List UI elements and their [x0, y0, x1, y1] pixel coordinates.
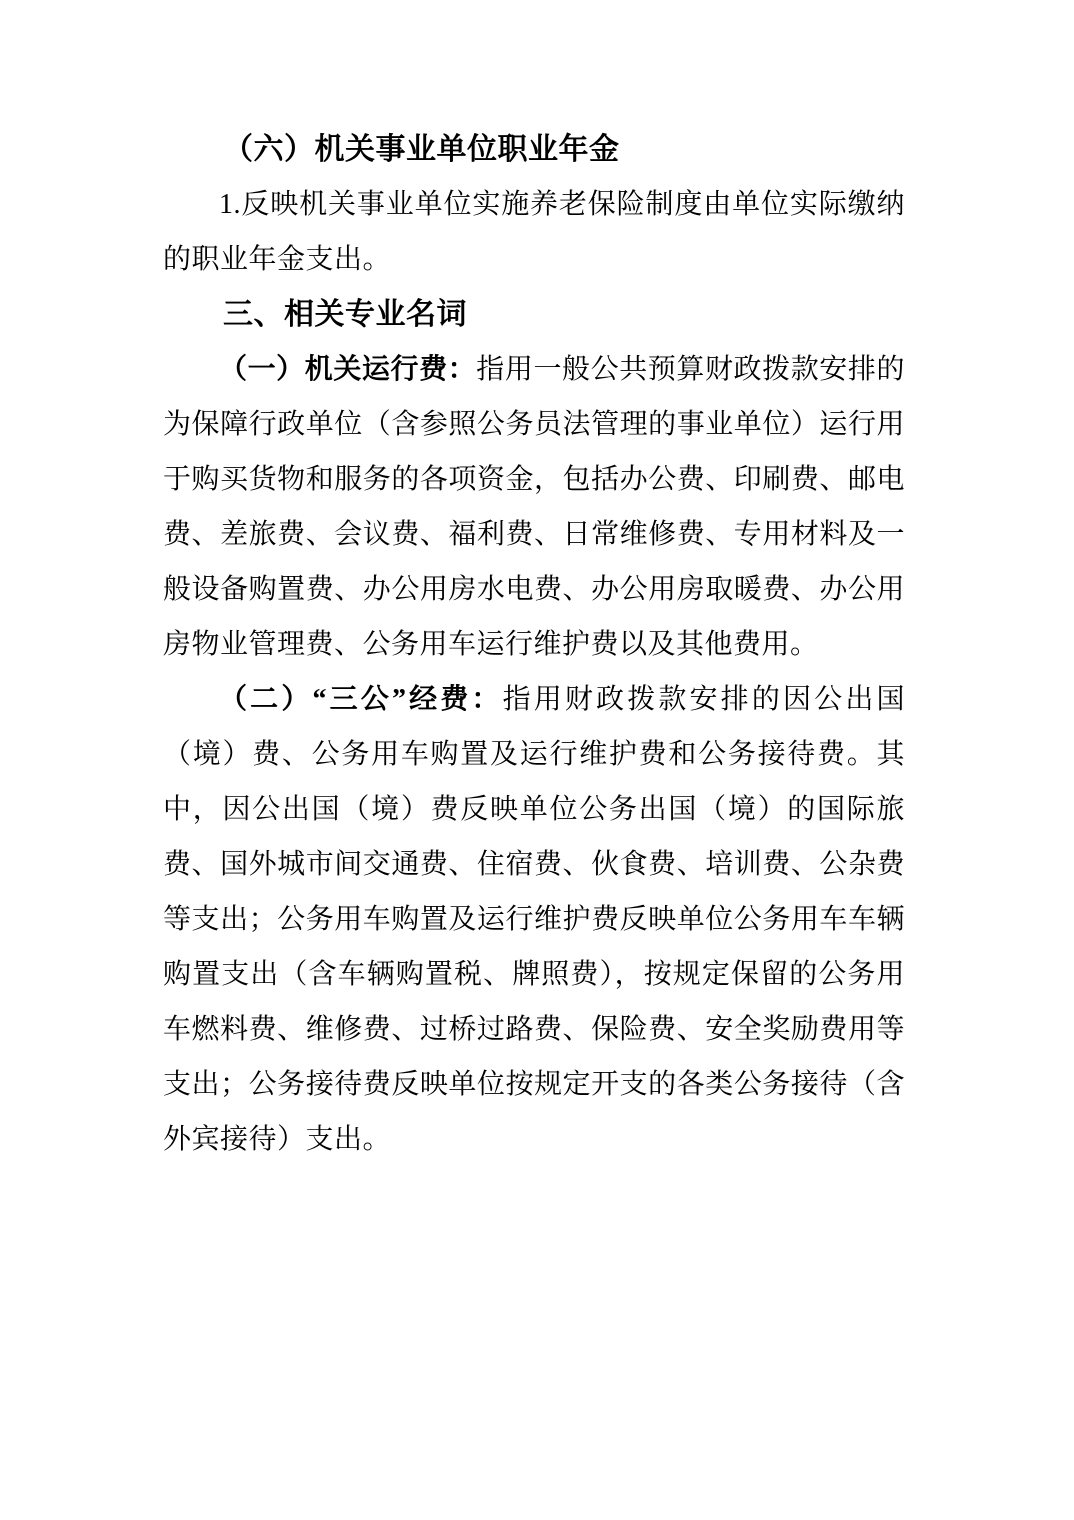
paragraph-term-1-text: 指用一般公共预算财政拨款安排的为保障行政单位（含参照公务员法管理的事业单位）运行… — [163, 354, 905, 660]
paragraph-pension: 1.反映机关事业单位实施养老保险制度由单位实际缴纳的职业年金支出。 — [163, 177, 905, 287]
paragraph-term-1-lead: （一）机关运行费： — [219, 354, 476, 385]
paragraph-term-2-lead: （二）“三公”经费： — [219, 684, 503, 715]
document-page: （六）机关事业单位职业年金1.反映机关事业单位实施养老保险制度由单位实际缴纳的职… — [0, 0, 1074, 1520]
section-heading-3: 三、相关专业名词 — [163, 287, 905, 342]
paragraph-term-2-text: 指用财政拨款安排的因公出国（境）费、公务用车购置及运行维护费和公务接待费。其中，… — [163, 684, 905, 1155]
paragraph-term-1: （一）机关运行费：指用一般公共预算财政拨款安排的为保障行政单位（含参照公务员法管… — [163, 342, 905, 672]
document-content: （六）机关事业单位职业年金1.反映机关事业单位实施养老保险制度由单位实际缴纳的职… — [163, 122, 905, 1167]
section-heading-6: （六）机关事业单位职业年金 — [163, 122, 905, 177]
paragraph-term-2: （二）“三公”经费：指用财政拨款安排的因公出国（境）费、公务用车购置及运行维护费… — [163, 672, 905, 1167]
